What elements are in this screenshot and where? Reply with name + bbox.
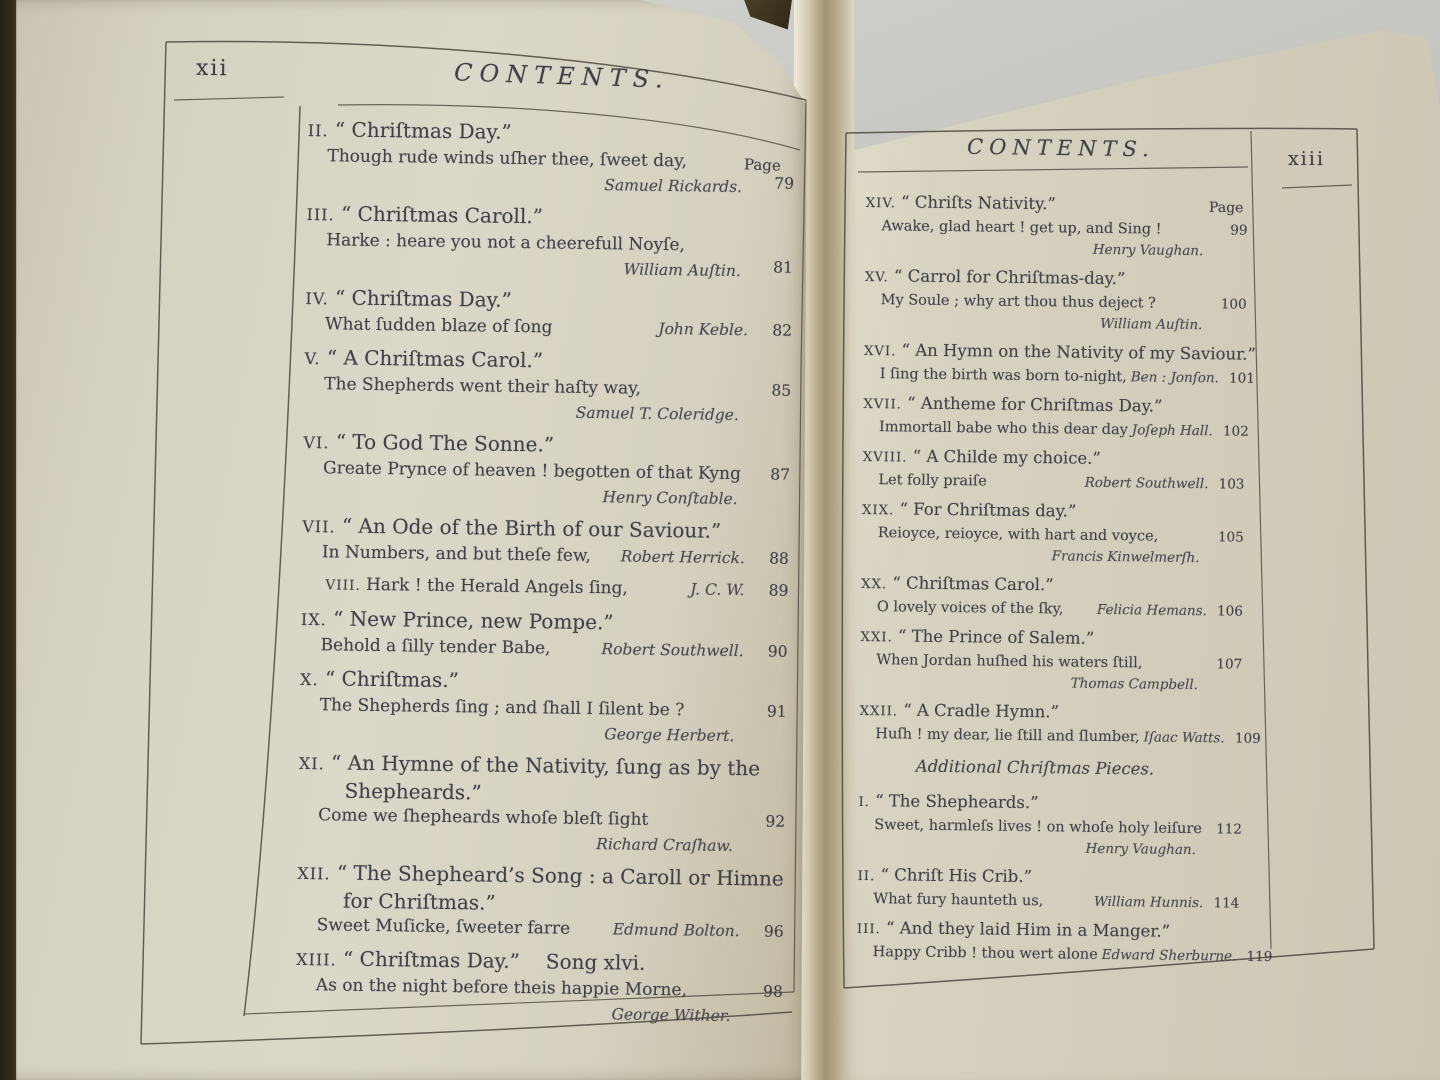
entry-number: XVII. [863,397,902,412]
entry-title: “ To God The Sonne.” [329,429,554,456]
entry-author: Felicia Hemans. [1097,599,1207,622]
entry-number: VII. [302,517,336,536]
toc-entry: XVIII. “ A Childe my choice.”Let folly p… [862,444,1245,496]
entry-page-number: 107 [1206,653,1242,675]
entry-author: George Herbert. [604,722,734,748]
entry-title: “ Carrol for Chriſtmas-day.” [889,266,1126,288]
left-entries: II. “ Chriſtmas Day.”Though rude winds u… [295,116,795,1036]
entry-page-number: 98 [739,979,783,1005]
entry-first-line: Behold a ſilly tender Babe, [320,633,550,661]
entry-author: Thomas Campbell. [1071,674,1199,697]
entry-number: I. [858,795,870,810]
entry-page-number [749,251,793,252]
entry-number: V. [304,349,320,368]
entry-author: Iſaac Watts. [1144,726,1225,749]
book-spine-tip [742,0,794,32]
toc-entry: XIII. “ Chriſtmas Day.”Song xlvi.As on t… [295,945,783,1029]
entry-author: J. C. W. [690,577,745,603]
entry-page-number: 112 [1206,818,1242,840]
toc-entry: VIII. Hark ! the Herald Angels ſing,J. C… [301,572,788,605]
entry-title: “ Chriſt His Crib.” [875,865,1032,886]
entry-title: “ The Shepheards.” [870,791,1039,812]
entry-author: George Wither. [611,1002,730,1028]
entry-author: Richard Craſhaw. [596,832,733,858]
entry-author: Edmund Bolton. [613,917,740,944]
entry-first-line: Sweet, harmleſs lives ! on whoſe holy le… [874,814,1202,840]
entry-title: “ And they laid Him in a Manger.” [881,918,1171,941]
entry-first-line: The Shepherds went their haſty way, [324,372,641,401]
toc-entry: XVI. “ An Hymn on the Nativity of my Sav… [864,338,1247,390]
entry-author: Henry Vaughan. [1085,839,1196,861]
entry-title: “ Chriſtmas Day.” [328,117,512,144]
toc-entry: XXII. “ A Cradle Hymn.”Huſh ! my dear, l… [859,698,1242,750]
book-photo: { "photo": { "colors": { "backdrop": "#c… [0,0,1440,1080]
entry-page-number [750,167,794,168]
entry-first-line: Immortall babe who this dear day [879,416,1128,441]
toc-entry: XIX. “ For Chriſtmas day.”Reioyce, reioy… [861,497,1244,570]
entry-author: Henry Conſtable. [602,485,737,511]
entry-page-number: 88 [745,546,789,572]
contents-header-right: CONTENTS. [878,133,1244,162]
entry-first-line: In Numbers, and but theſe few, [322,540,591,569]
entry-first-line: Let folly praiſe [878,469,987,492]
entry-first-line: Huſh ! my dear, lie ſtill and ſlumber, [875,723,1140,748]
entry-author: Robert Southwell. [1085,472,1209,496]
entry-first-line: Awake, glad heart ! get up, and Sing ! [881,215,1161,240]
entry-author: Ben : Jonſon. [1131,366,1219,389]
entry-page-number: 87 [746,462,790,488]
entry-title: “ Chriſts Nativity.” [896,192,1056,213]
entry-page-number: 79 [750,171,794,196]
entry-page-number: 109 [1225,727,1261,749]
toc-entry: I. “ The Shepheards.”Sweet, harmleſs liv… [858,789,1241,862]
entry-author: Henry Vaughan. [1093,240,1204,262]
entry-number: VIII. [325,573,366,599]
entry-first-line: Happy Cribb ! thou wert alone [873,941,1098,966]
entry-title: “ For Chriſtmas day.” [894,499,1076,520]
entry-first-line: As on the night before theis happie Morn… [316,973,687,1003]
entry-title: “ An Hymn on the Nativity of my Saviour.… [896,340,1256,363]
entry-page-number: 89 [744,578,788,604]
toc-entry: III. “ And they laid Him in a Manger.”Ha… [857,916,1240,968]
entry-page-number: 82 [748,318,792,344]
entry-number: II. [858,869,876,884]
entry-title: “ Chriſtmas Day.” [337,946,521,973]
toc-entry: XI. “ An Hymne of the Nativity, ſung as … [298,749,786,859]
entry-author: Joſeph Hall. [1132,419,1213,442]
entry-title: “ An Ode of the Birth of our Saviour.” [335,513,721,542]
entry-page-number: 92 [741,809,785,835]
entry-number: XIII. [296,950,337,970]
entry-first-line: What ſudden blaze of ſong [325,312,553,340]
entry-title: “ A Childe my choice.” [907,447,1101,468]
entry-first-line: Hark ! the Herald Angels ſing, [366,573,628,602]
toc-entry: X. “ Chriſtmas.”The Shepherds ſing ; and… [299,665,787,749]
toc-entry: V. “ A Chriſtmas Carol.”The Shepherds we… [304,344,792,428]
entry-author: Samuel T. Coleridge. [576,401,739,427]
entry-first-line: My Soule ; why art thou thus deject ? [881,289,1156,314]
entry-title: “ Chriſtmas.” [318,666,459,692]
entry-first-line: Reioyce, reioyce, with hart and voyce, [878,522,1159,547]
entry-first-line: The Shepherds ſing ; and ſhall I ſilent … [320,693,685,723]
entry-page-number: 103 [1208,473,1244,495]
entry-page-number: 85 [747,378,791,404]
folio-number-left: xii [196,56,229,82]
entry-page-number: 105 [1208,526,1244,548]
entry-first-line: Sweet Muſicke, ſweeter farre [317,913,571,942]
entry-first-line: I ſing the birth was born to-night, [880,363,1127,388]
entry-first-line: When Jordan huſhed his waters ſtill, [876,649,1142,674]
entry-author: William Auſtin. [1100,314,1202,336]
entry-page-number: 96 [739,919,783,945]
section-heading: Additional Chriſtmas Pieces. [859,751,1211,785]
entry-page-number: 91 [743,699,787,725]
entry-title: “ An Hymne of the Nativity, ſung as by t… [325,750,761,780]
entry-number: XIX. [862,503,894,518]
entry-page-number [746,500,790,501]
entry-title: “ A Cradle Hymn.” [898,700,1059,721]
entry-number: XX. [861,577,887,592]
entry-title: “ Antheme for Chriſtmas Day.” [902,393,1163,415]
entry-page-number: 106 [1207,600,1243,622]
entry-title: “ The Prince of Salem.” [893,626,1095,647]
entry-author: William Hunnis. [1094,891,1204,914]
toc-entry: II. “ Chriſtmas Day.”Though rude winds u… [307,116,795,200]
right-entries: XIV. “ Chriſts Nativity.”Awake, glad hea… [856,190,1247,974]
entry-number: XXII. [860,704,899,719]
entry-number: XVIII. [863,450,908,466]
entry-page-number: 114 [1203,892,1239,914]
entry-first-line: Come we ſhepheards whoſe bleſt ſight [318,803,648,833]
entry-page-number: 119 [1236,946,1272,968]
entry-title: “ A Chriſtmas Carol.” [320,345,543,372]
entry-author: William Auſtin. [623,257,741,283]
toc-entry: VII. “ An Ode of the Birth of our Saviou… [302,512,790,572]
entry-title: “ Chriſtmas Caroll.” [335,201,544,228]
entry-page-number: 99 [1211,219,1247,241]
entry-first-line: Harke : heare you not a cheerefull Noyſe… [326,228,685,258]
entry-first-line: What fury haunteth us, [873,888,1043,912]
entry-page-number [747,416,791,417]
entry-number: VI. [303,433,329,452]
toc-entry: IV. “ Chriſtmas Day.”What ſudden blaze o… [305,284,793,344]
entry-number: XXI. [860,630,892,645]
toc-entry: XV. “ Carrol for Chriſtmas-day.”My Soule… [864,264,1247,337]
entry-author: Robert Herrick. [621,544,745,571]
toc-entry: XIV. “ Chriſts Nativity.”Awake, glad hea… [865,190,1248,263]
entry-page-number: 90 [743,639,787,665]
toc-entry: XII. “ The Shepheard’s Song : a Caroll o… [297,859,785,945]
entry-first-line: Though rude winds uſher thee, ſweet day, [327,144,687,174]
entry-page-number: 102 [1213,420,1249,442]
entry-number: XI. [299,754,325,773]
entry-number: XII. [297,864,330,883]
entry-author: Samuel Rickards. [604,173,742,199]
toc-entry: XXI. “ The Prince of Salem.”When Jordan … [860,624,1243,697]
entry-title: “ New Prince, new Pompe.” [327,606,614,634]
entry-title: “ Chriſtmas Carol.” [887,573,1054,594]
entry-page-number [738,1017,782,1018]
toc-entry: IX. “ New Prince, new Pompe.”Behold a ſi… [300,605,788,665]
entry-title: “ Chriſtmas Day.” [328,285,512,312]
entry-number: IV. [305,289,328,308]
entry-title-suffix: Song xlvi. [546,949,646,974]
entry-page-number [741,847,785,848]
entry-number: IX. [301,610,327,629]
entry-page-number: 101 [1219,367,1255,389]
entry-author: Edward Sherburne. [1102,944,1237,968]
toc-entry: XVII. “ Antheme for Chriſtmas Day.”Immor… [863,391,1246,443]
entry-page-number: 81 [749,255,793,280]
entry-author: Robert Southwell. [601,637,743,664]
entry-page-number [742,737,786,738]
entry-first-line: O lovely voices of the ſky, [877,596,1064,620]
toc-entry: III. “ Chriſtmas Caroll.”Harke : heare y… [306,200,794,284]
entry-title: “ The Shepheard’s Song : a Caroll or Him… [330,860,783,890]
entry-number: III. [857,922,881,937]
entry-number: II. [308,121,329,140]
entry-page-number: 100 [1210,293,1246,315]
entry-author: Francis Kinwelmerſh. [1052,546,1200,569]
entry-number: XIV. [866,196,896,211]
entry-number: X. [300,670,319,689]
entry-number: XVI. [864,344,897,359]
toc-entry: II. “ Chriſt His Crib.”What fury hauntet… [857,863,1240,915]
entry-number: III. [306,205,334,224]
entry-author: John Keble. [658,317,748,343]
toc-entry: VI. “ To God The Sonne.”Greate Prynce of… [303,428,791,512]
entry-number: XV. [865,270,889,285]
toc-entry: XX. “ Chriſtmas Carol.”O lovely voices o… [861,571,1244,623]
folio-number-right: xiii [1288,148,1325,170]
